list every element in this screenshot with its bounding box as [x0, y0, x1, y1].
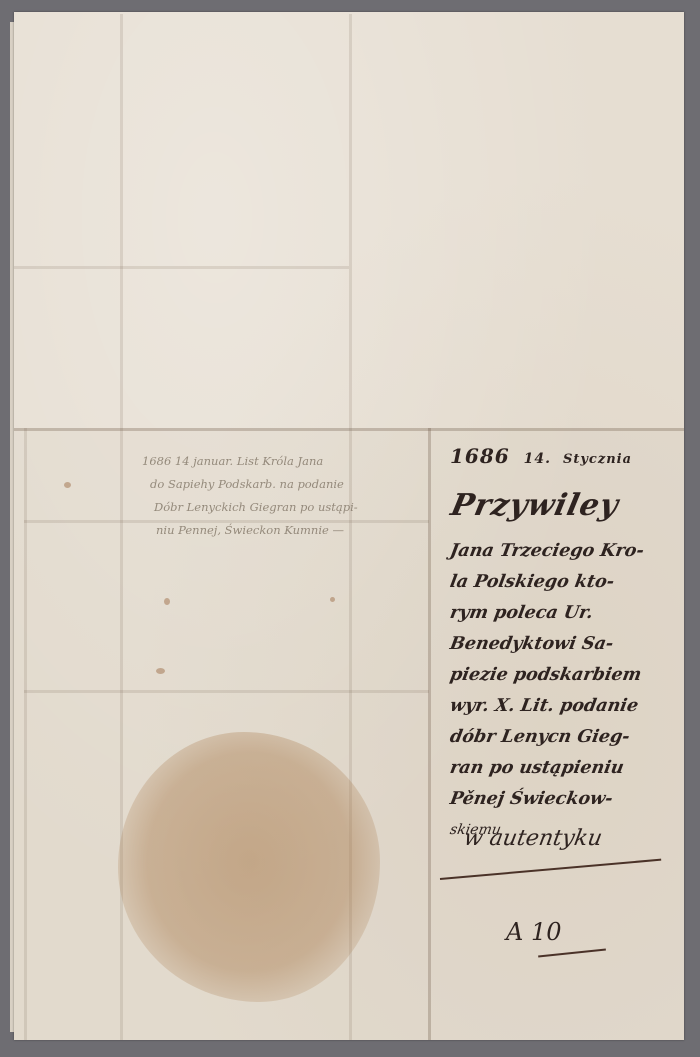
endorsement-title: Przywiley [445, 488, 690, 536]
endorsement-line: rym poleca Ur. [447, 598, 687, 629]
endorsement-line: la Polskiego kto- [447, 567, 687, 598]
horizontal-fold-line [24, 690, 429, 693]
stain-spot [164, 598, 170, 605]
endorsement-line: piezie podskarbiem [447, 660, 687, 691]
pencil-note-line: niu Pennej, Świeckon Kumnie — [142, 519, 432, 542]
endorsement-line: wyr. X. Lit. podanie [447, 691, 687, 722]
stain-spot [64, 482, 71, 488]
pencil-note-line: do Sapiehy Podskarb. na podanie [142, 473, 432, 496]
endorsement-line: dóbr Lenycn Gieg- [447, 722, 687, 753]
endorsement-line: Pěnej Świeckow- [447, 784, 687, 815]
vertical-fold-line [24, 428, 27, 1040]
catalog-number: A 10 [506, 918, 562, 946]
endorsement-line: Jana Trzeciego Kro- [447, 536, 687, 567]
pencil-note-line: 1686 14 januar. List Króla Jana [142, 450, 432, 473]
pencil-note-line: Dóbr Lenyckich Giegran po ustąpi- [142, 496, 432, 519]
ink-endorsement: 1686 14. Stycznia Przywiley Jana Trzecie… [450, 444, 685, 846]
pencil-archival-note: 1686 14 januar. List Króla Jana do Sapie… [142, 450, 432, 542]
date-day: 14. [524, 451, 551, 467]
endorsement-line: ran po ustąpieniu [447, 753, 687, 784]
date-month: Stycznia [563, 452, 632, 467]
horizontal-fold-line [14, 266, 349, 269]
stain-spot [156, 668, 165, 674]
stain-spot [330, 597, 335, 602]
endorsement-line: Benedyktowi Sa- [447, 629, 687, 660]
date-year: 1686 [450, 444, 510, 468]
endorsement-date: 1686 14. Stycznia [450, 444, 685, 488]
authenticity-note: w autentyku [462, 826, 604, 851]
